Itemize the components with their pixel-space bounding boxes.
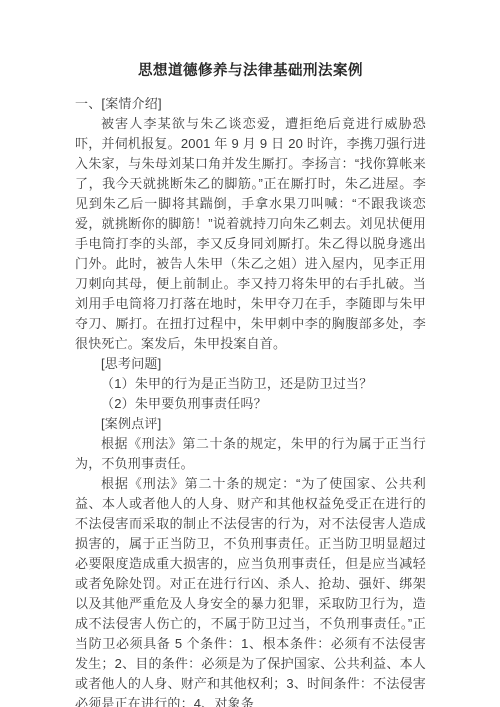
subheading-questions: [思考问题] xyxy=(75,354,426,374)
question-item-1: （1）朱甲的行为是正当防卫，还是防卫过当？ xyxy=(75,374,426,394)
document-title: 思想道德修养与法律基础刑法案例 xyxy=(75,62,426,80)
subheading-case-comment: [案例点评] xyxy=(75,414,426,434)
document-page: 思想道德修养与法律基础刑法案例 一、[案情介绍] 被害人李某欲与朱乙谈恋爱，遭拒… xyxy=(0,0,500,707)
comment-legal-analysis-paragraph: 根据《刑法》第二十条的规定：“为了使国家、公共利益、本人或者他人的人身、财产和其… xyxy=(75,474,426,707)
question-item-2: （2）朱甲要负刑事责任吗？ xyxy=(75,394,426,414)
case-intro-paragraph: 被害人李某欲与朱乙谈恋爱，遭拒绝后竟进行威胁恐吓，并伺机报复。2001 年 9 … xyxy=(75,114,426,354)
comment-conclusion-paragraph: 根据《刑法》第二十条的规定，朱甲的行为属于正当行为，不负刑事责任。 xyxy=(75,434,426,474)
section-heading-case-intro: 一、[案情介绍] xyxy=(75,94,426,114)
